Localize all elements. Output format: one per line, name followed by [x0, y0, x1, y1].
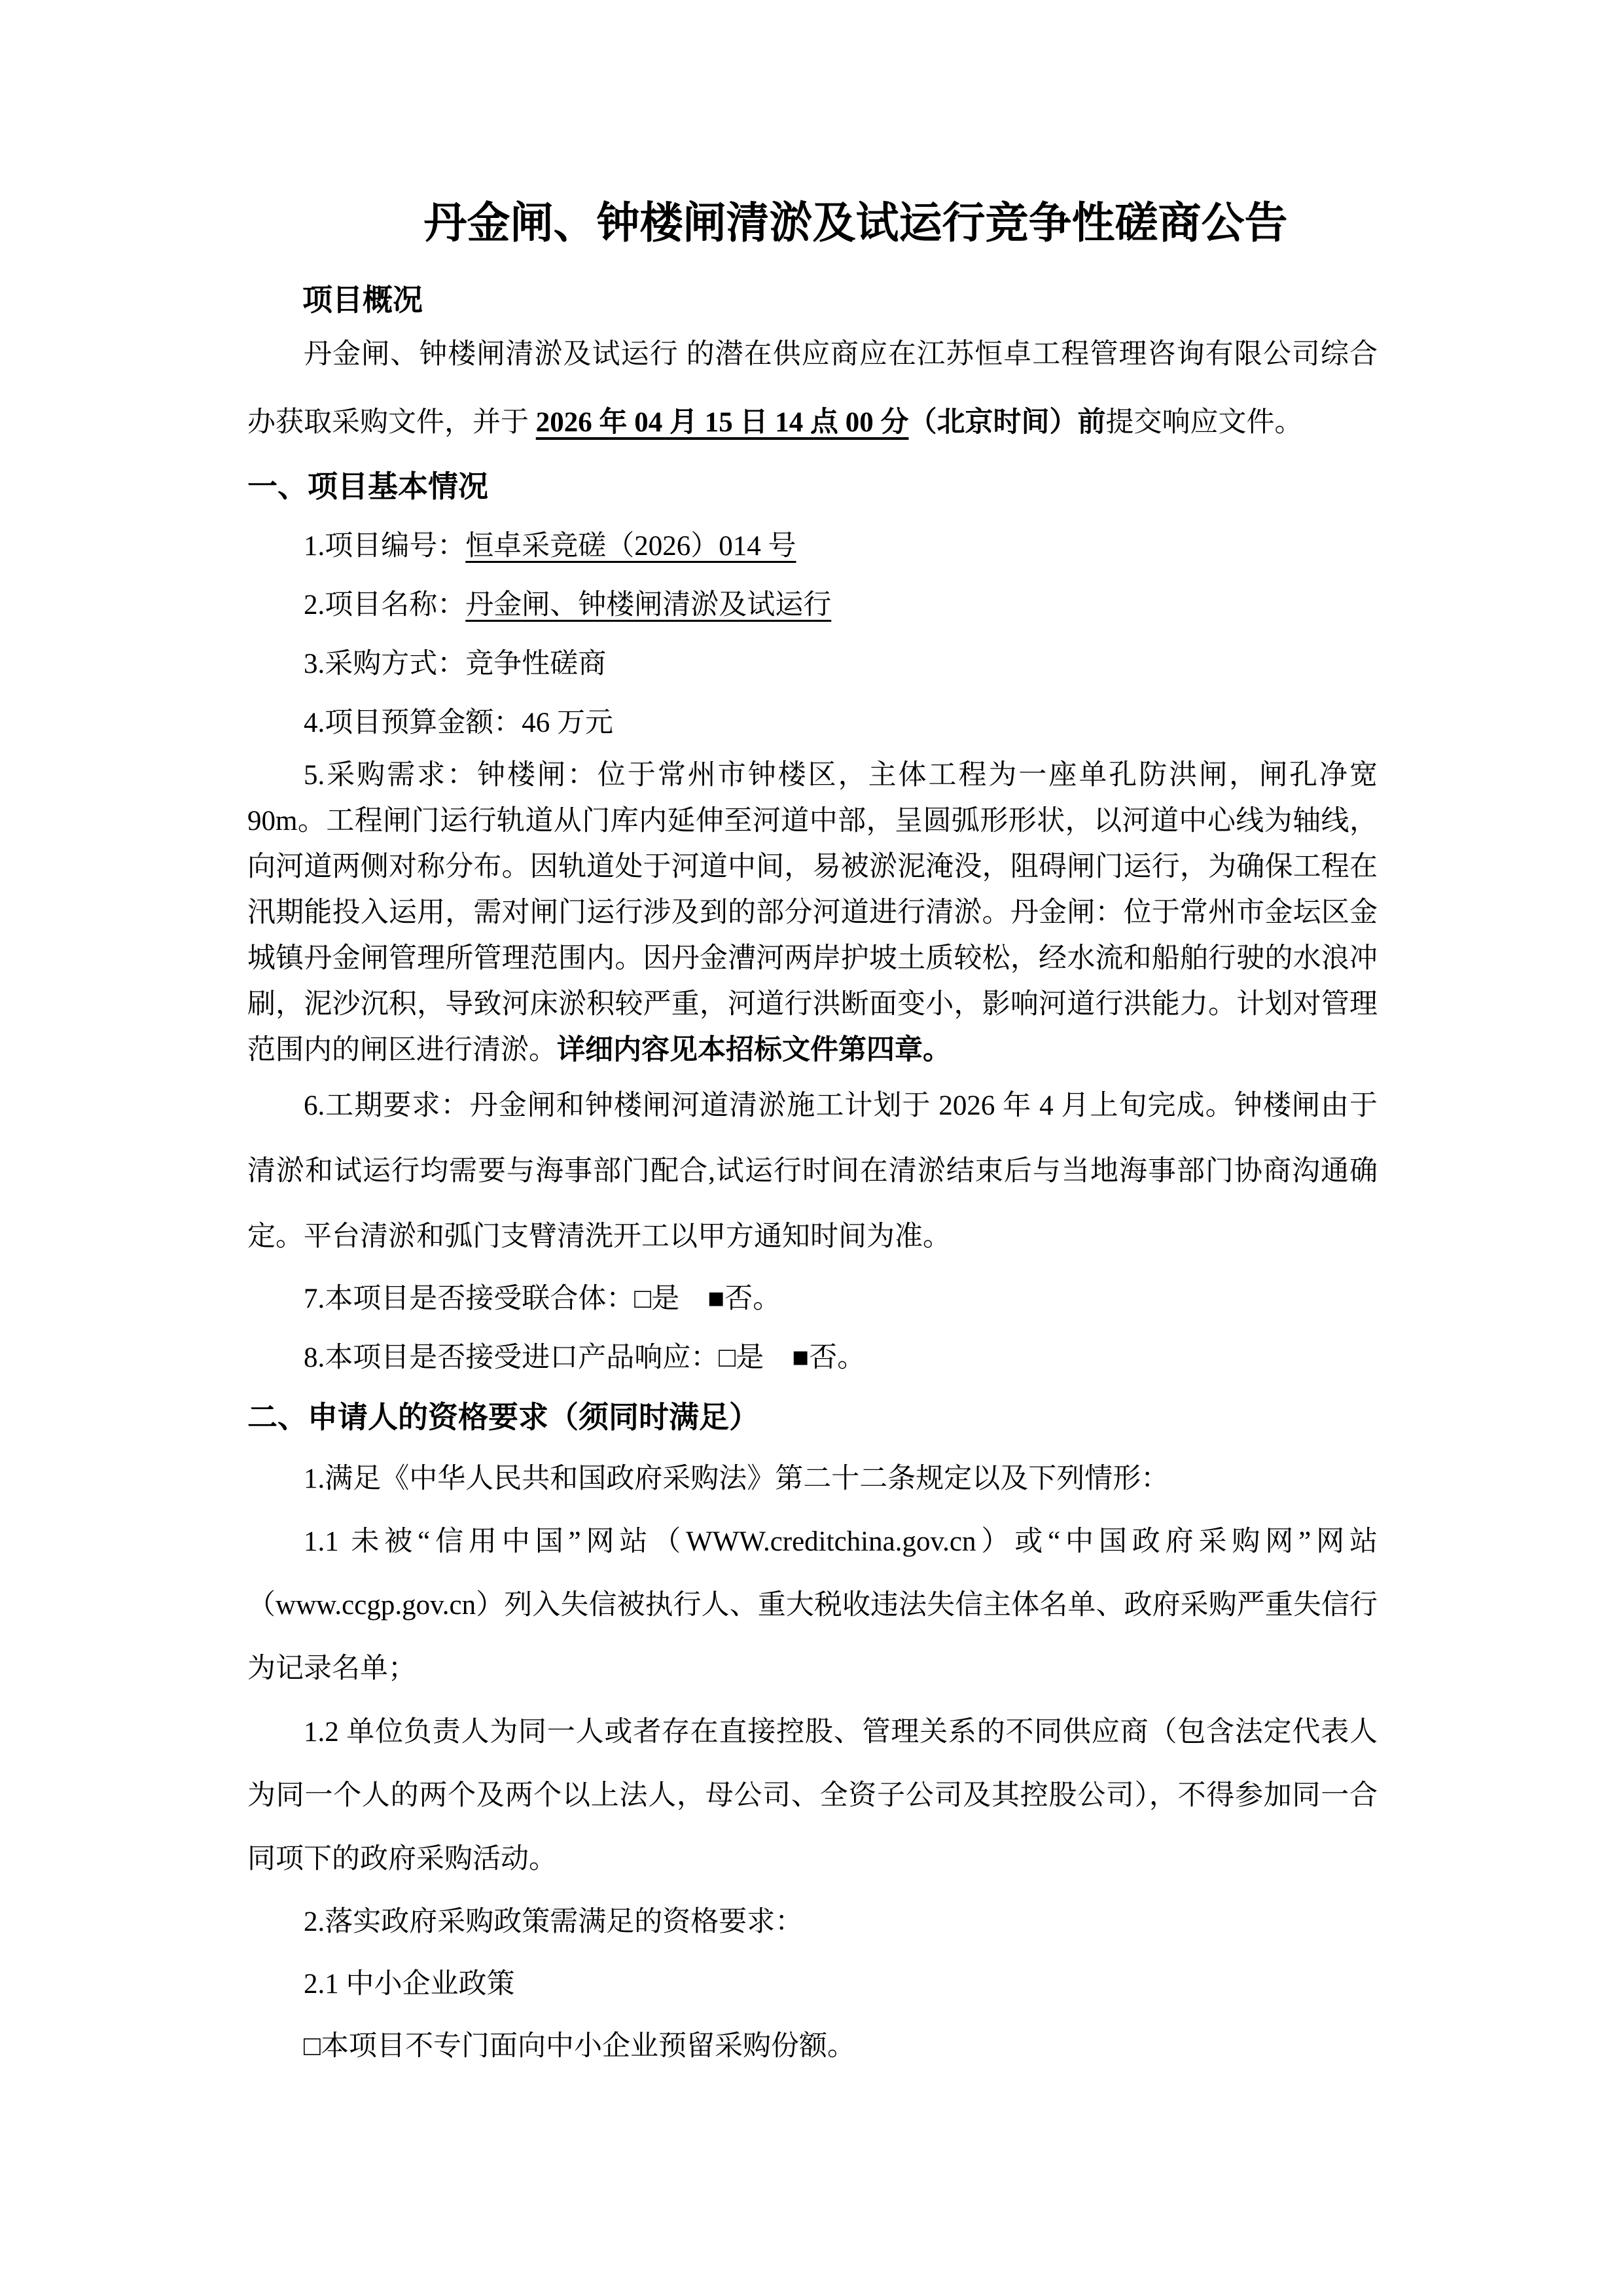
item-schedule-requirements: 6.工期要求：丹金闸和钟楼闸河道清淤施工计划于 2026 年 4 月上旬完成。钟… — [247, 1073, 1378, 1270]
item-project-number: 1.项目编号：恒卓采竞磋（2026）014 号 — [247, 517, 1378, 576]
overview-intro-paragraph: 丹金闸、钟楼闸清淤及试运行 的潜在供应商应在江苏恒卓工程管理咨询有限公司综合办获… — [247, 321, 1378, 457]
section-2-heading: 二、申请人的资格要求（须同时满足） — [247, 1388, 1378, 1448]
intro-tail-text: 提交响应文件。 — [1106, 407, 1303, 438]
qualification-item-1-1: 1.1 未被“信用中国”网站（WWW.creditchina.gov.cn）或“… — [247, 1510, 1378, 1700]
qualification-item-2: 2.落实政府采购政策需满足的资格要求： — [247, 1891, 1378, 1953]
yes-label: 是 — [736, 1342, 792, 1373]
no-label: 否。 — [724, 1283, 781, 1314]
item-project-name: 2.项目名称：丹金闸、钟楼闸清淤及试运行 — [247, 576, 1378, 635]
item-consortium: 7.本项目是否接受联合体：□是 ■否。 — [247, 1270, 1378, 1329]
qualification-item-1-2: 1.2 单位负责人为同一人或者存在直接控股、管理关系的不同供应商（包含法定代表人… — [247, 1700, 1378, 1891]
sme-policy-text: 本项目不专门面向中小企业预留采购份额。 — [321, 2031, 855, 2062]
checkbox-unchecked-icon: □ — [719, 1342, 736, 1373]
beijing-time-label: （北京时间）前 — [909, 407, 1106, 438]
no-label: 否。 — [809, 1342, 865, 1373]
project-name-value: 丹金闸、钟楼闸清淤及试运行 — [465, 590, 831, 620]
yes-label: 是 — [651, 1283, 707, 1314]
item-procurement-method: 3.采购方式：竞争性磋商 — [247, 635, 1378, 694]
project-number-label: 1.项目编号： — [304, 531, 465, 562]
import-products-label: 8.本项目是否接受进口产品响应： — [304, 1342, 719, 1373]
page-title: 丹金闸、钟楼闸清淤及试运行竞争性磋商公告 — [247, 196, 1378, 251]
requirements-text: 5.采购需求：钟楼闸：位于常州市钟楼区，主体工程为一座单孔防洪闸，闸孔净宽 90… — [247, 760, 1378, 1066]
sme-policy-statement: □本项目不专门面向中小企业预留采购份额。 — [247, 2015, 1378, 2077]
requirements-bold-note: 详细内容见本招标文件第四章。 — [557, 1035, 951, 1066]
item-budget-amount: 4.项目预算金额：46 万元 — [247, 694, 1378, 753]
checkbox-checked-icon: ■ — [792, 1342, 809, 1373]
consortium-label: 7.本项目是否接受联合体： — [304, 1283, 634, 1314]
checkbox-checked-icon: ■ — [707, 1283, 724, 1314]
project-name-label: 2.项目名称： — [304, 590, 465, 620]
qualification-item-1: 1.满足《中华人民共和国政府采购法》第二十二条规定以及下列情形： — [247, 1448, 1378, 1510]
checkbox-unchecked-icon: □ — [634, 1283, 651, 1314]
document-page: 丹金闸、钟楼闸清淤及试运行竞争性磋商公告 项目概况 丹金闸、钟楼闸清淤及试运行 … — [0, 0, 1623, 2296]
submission-deadline: 2026 年 04 月 15 日 14 点 00 分 — [536, 407, 909, 438]
overview-heading: 项目概况 — [247, 280, 1378, 321]
qualification-item-2-1: 2.1 中小企业政策 — [247, 1953, 1378, 2015]
checkbox-unchecked-icon: □ — [304, 2031, 321, 2062]
project-number-value: 恒卓采竞磋（2026）014 号 — [465, 531, 796, 562]
section-1-heading: 一、项目基本情况 — [247, 457, 1378, 517]
item-procurement-requirements: 5.采购需求：钟楼闸：位于常州市钟楼区，主体工程为一座单孔防洪闸，闸孔净宽 90… — [247, 753, 1378, 1073]
item-import-products: 8.本项目是否接受进口产品响应：□是 ■否。 — [247, 1329, 1378, 1388]
